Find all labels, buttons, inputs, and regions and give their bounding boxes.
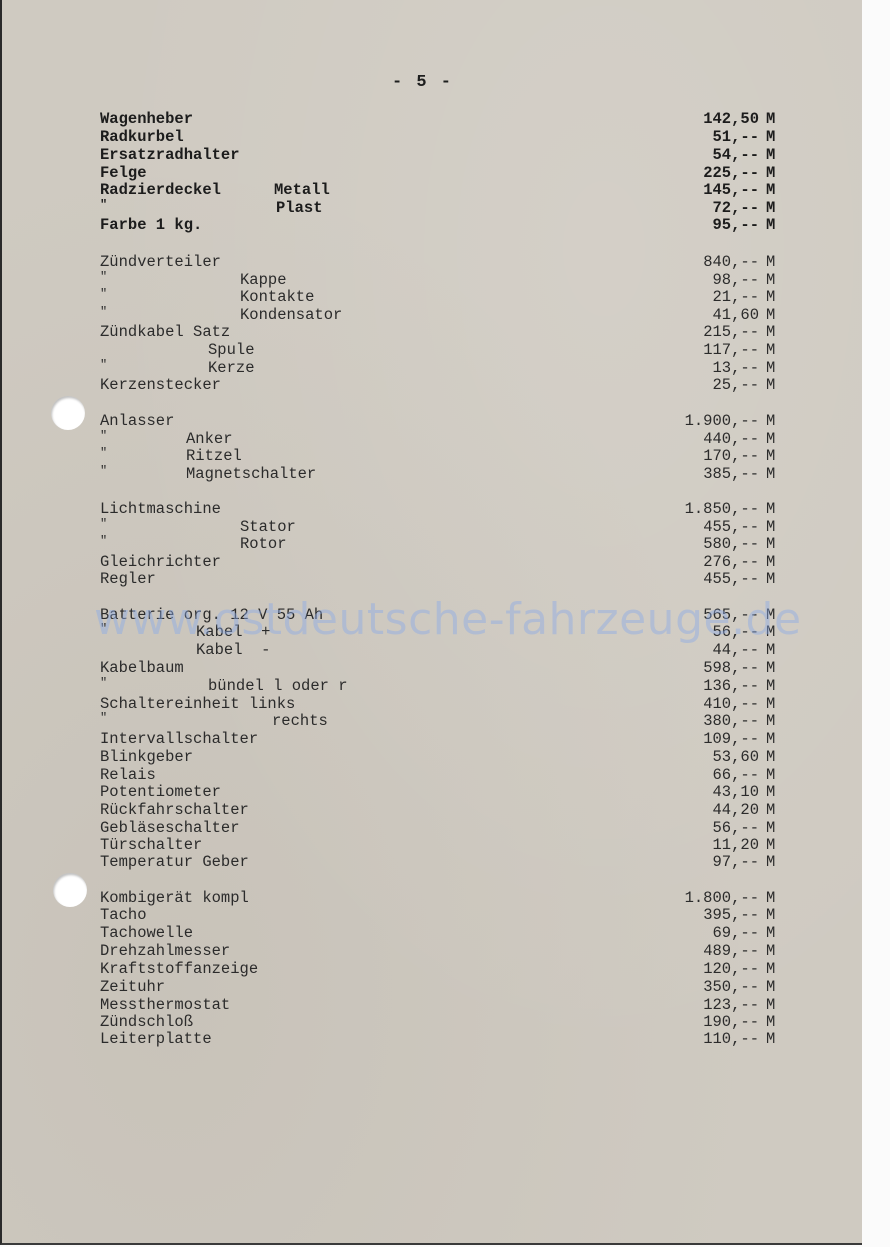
list-item: "Kondensator41,60M	[2, 306, 864, 324]
item-price: 25,--	[712, 376, 759, 394]
currency-mark: M	[766, 996, 775, 1014]
item-label: Radzierdeckel	[100, 181, 221, 199]
price-list: Wagenheber142,50MRadkurbel51,--MErsatzra…	[2, 0, 864, 1245]
item-label: Zeituhr	[100, 978, 165, 996]
currency-mark: M	[766, 430, 775, 448]
item-price: 41,60	[712, 306, 759, 324]
ditto-mark: "	[100, 515, 107, 533]
item-variant: Plast	[276, 199, 323, 217]
currency-mark: M	[766, 783, 775, 801]
currency-mark: M	[766, 766, 775, 784]
item-price: 215,--	[703, 323, 759, 341]
list-item: "rechts380,--M	[2, 712, 864, 730]
item-price: 44,20	[712, 801, 759, 819]
item-label: Gleichrichter	[100, 553, 221, 571]
item-label: Tacho	[100, 906, 147, 924]
list-item: Kombigerät kompl1.800,--M	[2, 889, 864, 907]
item-price: 440,--	[703, 430, 759, 448]
list-item: Gleichrichter276,--M	[2, 553, 864, 571]
item-price: 276,--	[703, 553, 759, 571]
list-item: Wagenheber142,50M	[2, 110, 864, 128]
list-item: Temperatur Geber97,--M	[2, 853, 864, 871]
currency-mark: M	[766, 730, 775, 748]
currency-mark: M	[766, 323, 775, 341]
item-price: 117,--	[703, 341, 759, 359]
currency-mark: M	[766, 359, 775, 377]
item-variant: Kondensator	[240, 306, 342, 324]
currency-mark: M	[766, 1013, 775, 1031]
ditto-mark: "	[100, 620, 107, 638]
item-label: Schaltereinheit links	[100, 695, 295, 713]
item-price: 56,--	[712, 623, 759, 641]
currency-mark: M	[766, 216, 775, 234]
list-item: Kerzenstecker25,--M	[2, 376, 864, 394]
list-item: Tacho395,--M	[2, 906, 864, 924]
currency-mark: M	[766, 606, 775, 624]
list-item: Regler455,--M	[2, 570, 864, 588]
item-price: 21,--	[712, 288, 759, 306]
item-label: Messthermostat	[100, 996, 230, 1014]
currency-mark: M	[766, 110, 775, 128]
item-price: 95,--	[712, 216, 759, 234]
item-label: Farbe 1 kg.	[100, 216, 202, 234]
list-item: Zündverteiler840,--M	[2, 253, 864, 271]
item-label: Relais	[100, 766, 156, 784]
list-item: "Kappe98,--M	[2, 271, 864, 289]
list-item: Tachowelle69,--M	[2, 924, 864, 942]
item-price: 13,--	[712, 359, 759, 377]
list-item: Intervallschalter109,--M	[2, 730, 864, 748]
item-price: 1.900,--	[685, 412, 759, 430]
currency-mark: M	[766, 712, 775, 730]
list-item: "Kontakte21,--M	[2, 288, 864, 306]
list-item: Kabelbaum598,--M	[2, 659, 864, 677]
list-item: Zeituhr350,--M	[2, 978, 864, 996]
currency-mark: M	[766, 1030, 775, 1048]
item-label: Leiterplatte	[100, 1030, 212, 1048]
item-price: 72,--	[712, 199, 759, 217]
currency-mark: M	[766, 819, 775, 837]
item-price: 170,--	[703, 447, 759, 465]
ditto-mark: "	[100, 285, 107, 303]
item-variant: Stator	[240, 518, 296, 536]
item-price: 1.850,--	[685, 500, 759, 518]
item-label: Kombigerät kompl	[100, 889, 249, 907]
list-item: Ersatzradhalter54,--M	[2, 146, 864, 164]
list-item: "bündel l oder r136,--M	[2, 677, 864, 695]
item-label: Anlasser	[100, 412, 174, 430]
list-item: Drehzahlmesser489,--M	[2, 942, 864, 960]
list-item: Batterie org. 12 V 55 Ah565,--M	[2, 606, 864, 624]
ditto-mark: "	[100, 462, 107, 480]
item-variant: Kabel -	[196, 641, 270, 659]
ditto-mark: "	[100, 709, 107, 727]
ditto-mark: "	[100, 356, 107, 374]
list-item: "Stator455,--M	[2, 518, 864, 536]
currency-mark: M	[766, 412, 775, 430]
list-item: Zündkabel Satz215,--M	[2, 323, 864, 341]
item-label: Drehzahlmesser	[100, 942, 230, 960]
item-label: Kraftstoffanzeige	[100, 960, 258, 978]
item-price: 598,--	[703, 659, 759, 677]
item-label: Rückfahrschalter	[100, 801, 249, 819]
item-price: 840,--	[703, 253, 759, 271]
item-price: 580,--	[703, 535, 759, 553]
list-item: "Kerze13,--M	[2, 359, 864, 377]
currency-mark: M	[766, 978, 775, 996]
currency-mark: M	[766, 960, 775, 978]
currency-mark: M	[766, 641, 775, 659]
item-variant: Spule	[208, 341, 255, 359]
item-variant: Kerze	[208, 359, 255, 377]
list-item: Relais66,--M	[2, 766, 864, 784]
item-label: Wagenheber	[100, 110, 193, 128]
list-item: Rückfahrschalter44,20M	[2, 801, 864, 819]
item-variant: Kontakte	[240, 288, 314, 306]
currency-mark: M	[766, 748, 775, 766]
item-variant: Rotor	[240, 535, 287, 553]
item-price: 43,10	[712, 783, 759, 801]
list-item: "Kabel +56,--M	[2, 623, 864, 641]
currency-mark: M	[766, 341, 775, 359]
list-item: RadzierdeckelMetall145,--M	[2, 181, 864, 199]
item-label: Lichtmaschine	[100, 500, 221, 518]
item-price: 56,--	[712, 819, 759, 837]
item-price: 54,--	[712, 146, 759, 164]
currency-mark: M	[766, 836, 775, 854]
item-label: Ersatzradhalter	[100, 146, 240, 164]
list-item: "Ritzel170,--M	[2, 447, 864, 465]
list-item: Lichtmaschine1.850,--M	[2, 500, 864, 518]
list-item: Spule117,--M	[2, 341, 864, 359]
currency-mark: M	[766, 677, 775, 695]
currency-mark: M	[766, 465, 775, 483]
list-item: Gebläseschalter56,--M	[2, 819, 864, 837]
currency-mark: M	[766, 181, 775, 199]
list-item: Farbe 1 kg.95,--M	[2, 216, 864, 234]
currency-mark: M	[766, 146, 775, 164]
item-label: Felge	[100, 164, 147, 182]
item-price: 190,--	[703, 1013, 759, 1031]
list-item: Kraftstoffanzeige120,--M	[2, 960, 864, 978]
item-price: 385,--	[703, 465, 759, 483]
item-price: 489,--	[703, 942, 759, 960]
ditto-mark: "	[100, 268, 107, 286]
item-price: 455,--	[703, 518, 759, 536]
item-price: 565,--	[703, 606, 759, 624]
currency-mark: M	[766, 553, 775, 571]
item-price: 225,--	[703, 164, 759, 182]
list-item: Kabel -44,--M	[2, 641, 864, 659]
currency-mark: M	[766, 535, 775, 553]
item-label: Batterie org. 12 V 55 Ah	[100, 606, 323, 624]
item-price: 97,--	[712, 853, 759, 871]
item-variant: rechts	[272, 712, 328, 730]
item-label: Blinkgeber	[100, 748, 193, 766]
item-price: 44,--	[712, 641, 759, 659]
currency-mark: M	[766, 942, 775, 960]
item-price: 145,--	[703, 181, 759, 199]
list-item: Zündschloß190,--M	[2, 1013, 864, 1031]
currency-mark: M	[766, 306, 775, 324]
currency-mark: M	[766, 853, 775, 871]
item-label: Radkurbel	[100, 128, 184, 146]
currency-mark: M	[766, 623, 775, 641]
item-price: 123,--	[703, 996, 759, 1014]
currency-mark: M	[766, 128, 775, 146]
currency-mark: M	[766, 695, 775, 713]
item-variant: bündel l oder r	[208, 677, 348, 695]
list-item: "Rotor580,--M	[2, 535, 864, 553]
currency-mark: M	[766, 500, 775, 518]
currency-mark: M	[766, 518, 775, 536]
ditto-mark: "	[100, 532, 107, 550]
currency-mark: M	[766, 570, 775, 588]
list-item: Messthermostat123,--M	[2, 996, 864, 1014]
currency-mark: M	[766, 889, 775, 907]
item-price: 51,--	[712, 128, 759, 146]
item-label: Kerzenstecker	[100, 376, 221, 394]
currency-mark: M	[766, 924, 775, 942]
item-price: 1.800,--	[685, 889, 759, 907]
currency-mark: M	[766, 253, 775, 271]
currency-mark: M	[766, 288, 775, 306]
item-variant: Metall	[274, 181, 330, 199]
ditto-mark: "	[100, 444, 107, 462]
list-item: Leiterplatte110,--M	[2, 1030, 864, 1048]
item-price: 66,--	[712, 766, 759, 784]
item-label: Intervallschalter	[100, 730, 258, 748]
ditto-mark: "	[100, 427, 107, 445]
item-label: Gebläseschalter	[100, 819, 240, 837]
item-price: 136,--	[703, 677, 759, 695]
item-label: Temperatur Geber	[100, 853, 249, 871]
item-label: Kabelbaum	[100, 659, 184, 677]
list-item: Schaltereinheit links410,--M	[2, 695, 864, 713]
list-item: Potentiometer43,10M	[2, 783, 864, 801]
item-label: Zündkabel Satz	[100, 323, 230, 341]
currency-mark: M	[766, 376, 775, 394]
currency-mark: M	[766, 659, 775, 677]
item-variant: Kappe	[240, 271, 287, 289]
item-label: Türschalter	[100, 836, 202, 854]
item-label: Regler	[100, 570, 156, 588]
list-item: Felge225,--M	[2, 164, 864, 182]
currency-mark: M	[766, 801, 775, 819]
item-price: 110,--	[703, 1030, 759, 1048]
currency-mark: M	[766, 271, 775, 289]
currency-mark: M	[766, 199, 775, 217]
item-price: 455,--	[703, 570, 759, 588]
item-variant: Kabel +	[196, 623, 270, 641]
item-price: 120,--	[703, 960, 759, 978]
currency-mark: M	[766, 447, 775, 465]
item-label: Tachowelle	[100, 924, 193, 942]
ditto-mark: "	[100, 303, 107, 321]
ditto-mark: "	[100, 196, 107, 214]
item-variant: Magnetschalter	[186, 465, 316, 483]
item-price: 350,--	[703, 978, 759, 996]
item-variant: Ritzel	[186, 447, 242, 465]
currency-mark: M	[766, 164, 775, 182]
list-item: Radkurbel51,--M	[2, 128, 864, 146]
item-price: 53,60	[712, 748, 759, 766]
item-price: 380,--	[703, 712, 759, 730]
item-price: 11,20	[712, 836, 759, 854]
item-price: 142,50	[703, 110, 759, 128]
item-price: 98,--	[712, 271, 759, 289]
list-item: "Anker440,--M	[2, 430, 864, 448]
currency-mark: M	[766, 906, 775, 924]
list-item: Türschalter11,20M	[2, 836, 864, 854]
item-variant: Anker	[186, 430, 233, 448]
item-price: 69,--	[712, 924, 759, 942]
item-price: 109,--	[703, 730, 759, 748]
list-item: Blinkgeber53,60M	[2, 748, 864, 766]
item-label: Zündverteiler	[100, 253, 221, 271]
document-page: - 5 - Wagenheber142,50MRadkurbel51,--MEr…	[0, 0, 862, 1245]
list-item: "Plast72,--M	[2, 199, 864, 217]
list-item: "Magnetschalter385,--M	[2, 465, 864, 483]
item-label: Potentiometer	[100, 783, 221, 801]
item-price: 395,--	[703, 906, 759, 924]
ditto-mark: "	[100, 674, 107, 692]
item-price: 410,--	[703, 695, 759, 713]
item-label: Zündschloß	[100, 1013, 193, 1031]
list-item: Anlasser1.900,--M	[2, 412, 864, 430]
